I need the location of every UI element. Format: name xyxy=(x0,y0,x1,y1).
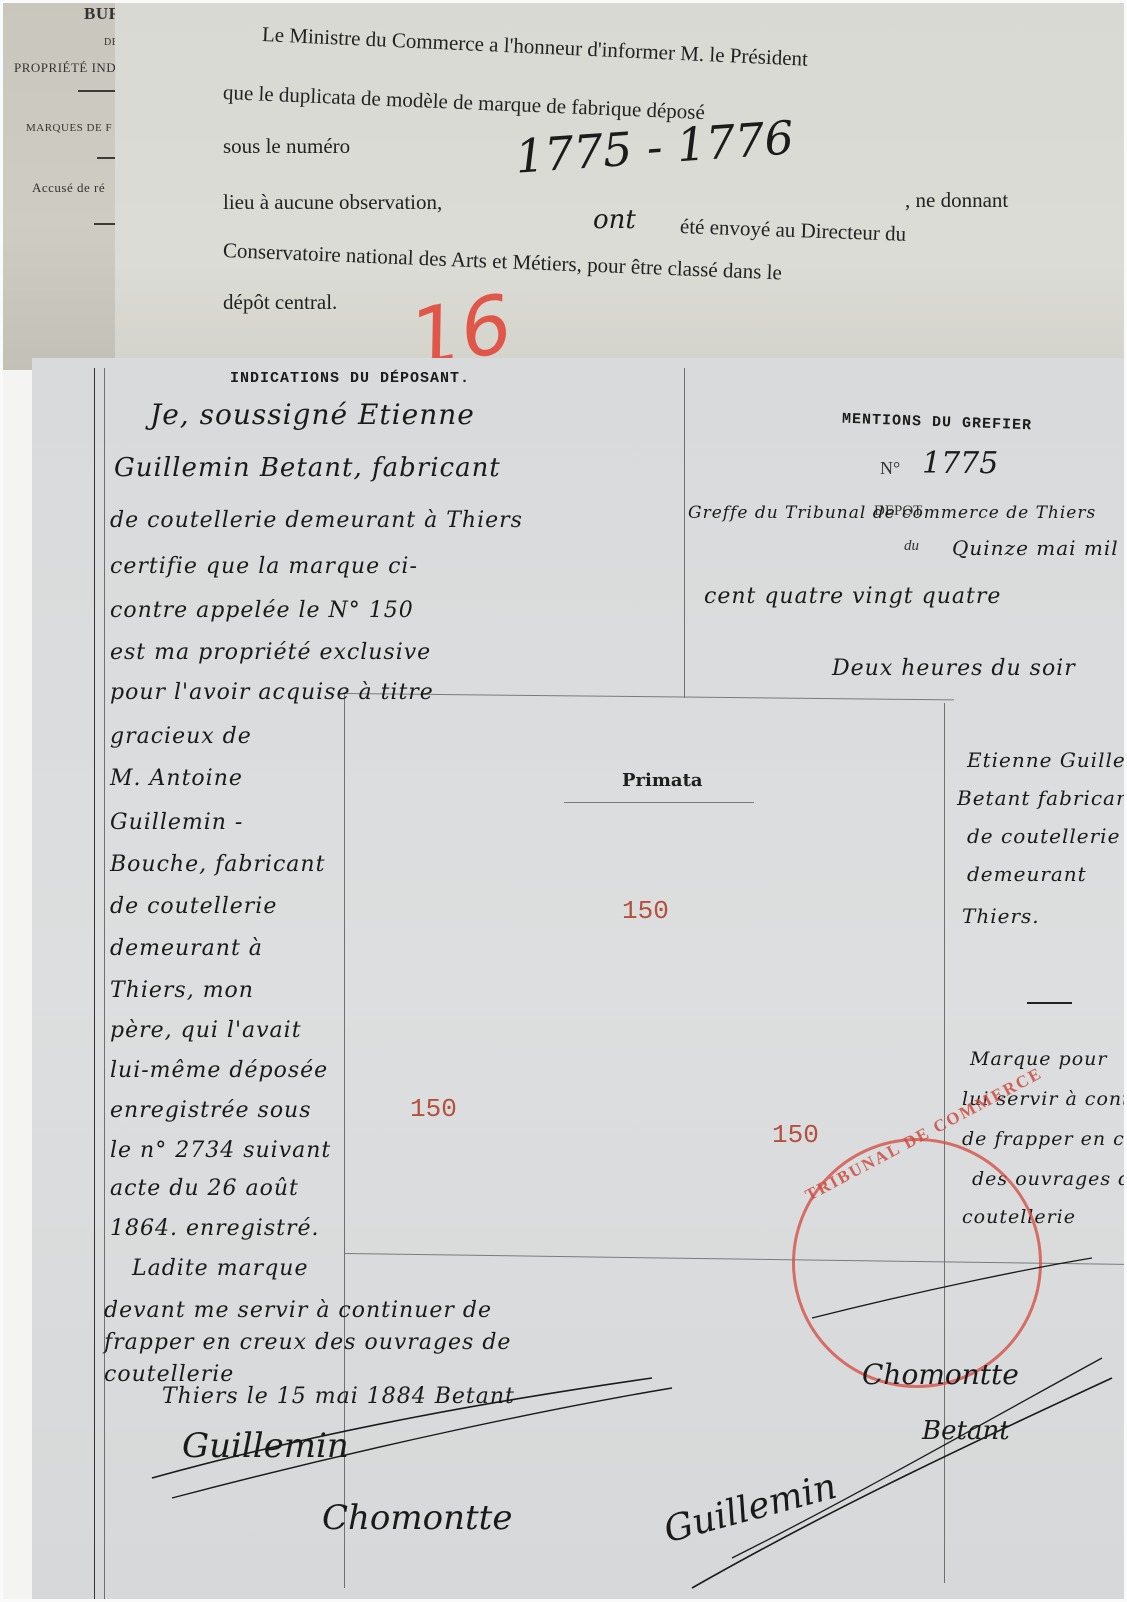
image-border xyxy=(0,0,1127,1602)
